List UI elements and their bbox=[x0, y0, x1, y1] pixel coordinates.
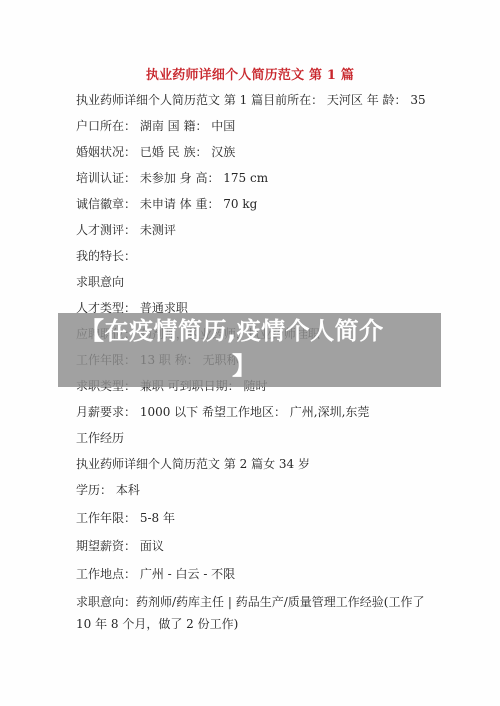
line-education: 学历： 本科 bbox=[76, 482, 140, 498]
line-resume-2-heading: 执业药师详细个人简历范文 第 2 篇女 34 岁 bbox=[76, 456, 310, 472]
document-title: 执业药师详细个人简历范文 第 1 篇 bbox=[0, 64, 500, 83]
line-salary: 月薪要求： 1000 以下 希望工作地区： 广州,深圳,东莞 bbox=[76, 404, 369, 420]
line-work-history-heading: 工作经历 bbox=[76, 430, 124, 446]
line-integrity-badge: 诚信徽章： 未申请 体 重： 70 kg bbox=[76, 196, 257, 212]
line-work-experience-summary: 10 年 8 个月，做了 2 份工作) bbox=[76, 616, 238, 632]
line-job-intention-heading: 求职意向 bbox=[76, 274, 124, 290]
line-job-intention-2: 求职意向：药剂师/药库主任 | 药品生产/质量管理工作经验(工作了 bbox=[76, 594, 424, 610]
line-training: 培训认证： 未参加 身 高： 175 cm bbox=[76, 170, 268, 186]
line-work-location: 工作地点： 广州 - 白云 - 不限 bbox=[76, 566, 235, 582]
overlay-title-line1: 【在疫情简历,疫情个人简介 bbox=[80, 315, 384, 347]
line-current-location: 执业药师详细个人简历范文 第 1 篇目前所在： 天河区 年 龄： 35 bbox=[76, 92, 426, 108]
line-expected-salary: 期望薪资： 面议 bbox=[76, 538, 164, 554]
overlay-title-line2: 】 bbox=[232, 350, 256, 382]
line-specialty: 我的特长： bbox=[76, 248, 136, 264]
line-work-years-2: 工作年限： 5-8 年 bbox=[76, 510, 175, 526]
line-hukou: 户口所在： 湖南 国 籍： 中国 bbox=[76, 118, 235, 134]
line-marital-status: 婚姻状况： 已婚 民 族： 汉族 bbox=[76, 144, 235, 160]
line-talent-assessment: 人才测评： 未测评 bbox=[76, 222, 176, 238]
